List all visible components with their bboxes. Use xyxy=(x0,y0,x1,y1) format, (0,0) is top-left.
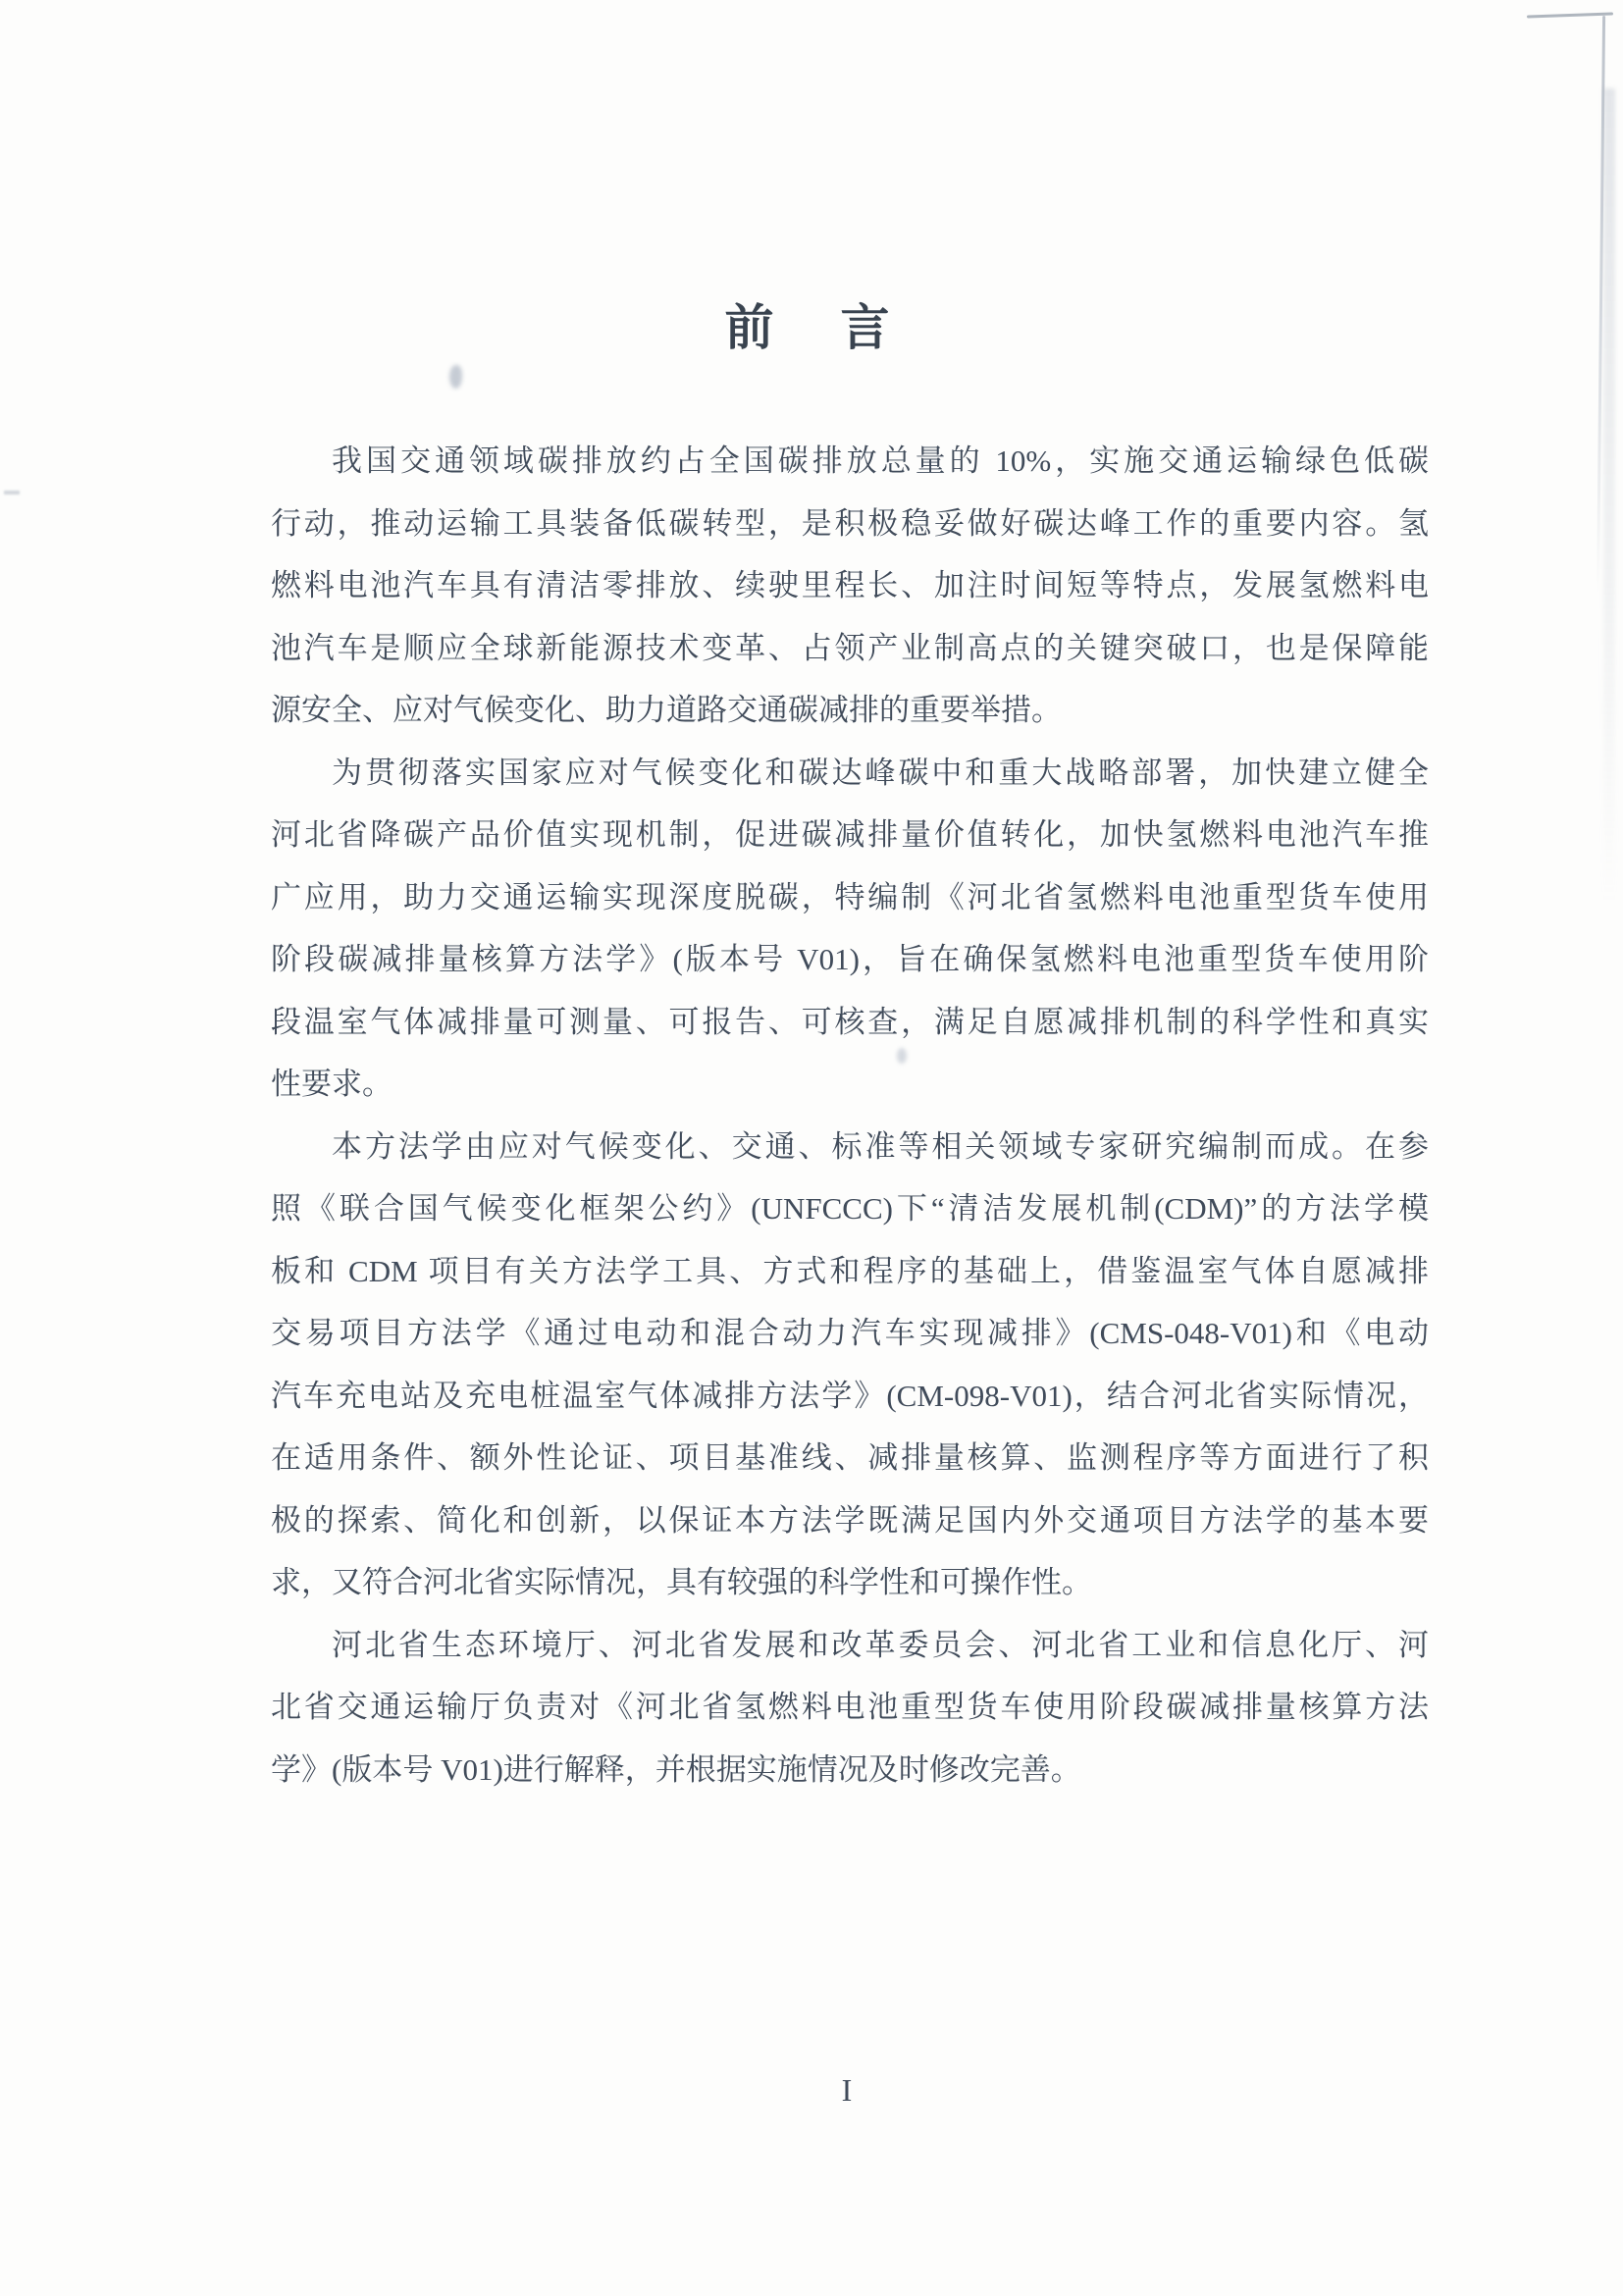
text-line: 学》(版本号 V01)进行解释，并根据实施情况及时修改完善。 xyxy=(271,1739,1429,1801)
text-line: 段温室气体减排量可测量、可报告、可核查，满足自愿减排机制的科学性和真实 xyxy=(271,991,1429,1054)
text-line: 北省交通运输厅负责对《河北省氢燃料电池重型货车使用阶段碳减排量核算方法 xyxy=(271,1676,1429,1739)
page-title: 前 言 xyxy=(0,300,1623,355)
text-line: 极的探索、简化和创新，以保证本方法学既满足国内外交通项目方法学的基本要 xyxy=(271,1489,1429,1552)
text-line: 燃料电池汽车具有清洁零排放、续驶里程长、加注时间短等特点，发展氢燃料电 xyxy=(271,554,1429,617)
text-line: 交易项目方法学《通过电动和混合动力汽车实现减排》(CMS-048-V01)和《电… xyxy=(271,1302,1429,1365)
scan-artifact-left-dash xyxy=(4,491,20,495)
text-line: 在适用条件、额外性论证、项目基准线、减排量核算、监测程序等方面进行了积 xyxy=(271,1427,1429,1489)
text-line: 照《联合国气候变化框架公约》(UNFCCC)下“清洁发展机制(CDM)”的方法学… xyxy=(271,1177,1429,1240)
text-line: 源安全、应对气候变化、助力道路交通碳减排的重要举措。 xyxy=(271,679,1429,742)
text-line: 为贯彻落实国家应对气候变化和碳达峰碳中和重大战略部署，加快建立健全 xyxy=(271,742,1429,805)
text-line: 汽车充电站及充电桩温室气体减排方法学》(CM-098-V01)，结合河北省实际情… xyxy=(271,1365,1429,1428)
document-page: 前 言 我国交通领域碳排放约占全国碳排放总量的 10%，实施交通运输绿色低碳行动… xyxy=(0,0,1623,2296)
paragraph: 河北省生态环境厅、河北省发展和改革委员会、河北省工业和信息化厅、河北省交通运输厅… xyxy=(271,1614,1429,1801)
text-line: 河北省降碳产品价值实现机制，促进碳减排量价值转化，加快氢燃料电池汽车推 xyxy=(271,804,1429,866)
text-line: 河北省生态环境厅、河北省发展和改革委员会、河北省工业和信息化厅、河 xyxy=(271,1614,1429,1677)
text-line: 板和 CDM 项目有关方法学工具、方式和程序的基础上，借鉴温室气体自愿减排 xyxy=(271,1240,1429,1303)
page-number: I xyxy=(0,2072,1623,2109)
text-line: 求，又符合河北省实际情况，具有较强的科学性和可操作性。 xyxy=(271,1551,1429,1614)
text-line: 阶段碳减排量核算方法学》(版本号 V01)，旨在确保氢燃料电池重型货车使用阶 xyxy=(271,928,1429,991)
text-line: 本方法学由应对气候变化、交通、标准等相关领域专家研究编制而成。在参 xyxy=(271,1116,1429,1178)
preface-body: 我国交通领域碳排放约占全国碳排放总量的 10%，实施交通运输绿色低碳行动，推动运… xyxy=(271,430,1429,1800)
text-line: 我国交通领域碳排放约占全国碳排放总量的 10%，实施交通运输绿色低碳 xyxy=(271,430,1429,493)
paragraph: 本方法学由应对气候变化、交通、标准等相关领域专家研究编制而成。在参照《联合国气候… xyxy=(271,1116,1429,1614)
paragraph: 为贯彻落实国家应对气候变化和碳达峰碳中和重大战略部署，加快建立健全河北省降碳产品… xyxy=(271,742,1429,1116)
text-line: 行动，推动运输工具装备低碳转型，是积极稳妥做好碳达峰工作的重要内容。氢 xyxy=(271,493,1429,555)
text-line: 性要求。 xyxy=(271,1053,1429,1116)
scan-artifact-right-smudge xyxy=(1603,88,1615,903)
paragraph: 我国交通领域碳排放约占全国碳排放总量的 10%，实施交通运输绿色低碳行动，推动运… xyxy=(271,430,1429,742)
text-line: 池汽车是顺应全球新能源技术变革、占领产业制高点的关键突破口，也是保障能 xyxy=(271,617,1429,680)
scan-artifact-speck xyxy=(449,365,462,389)
text-line: 广应用，助力交通运输实现深度脱碳，特编制《河北省氢燃料电池重型货车使用 xyxy=(271,866,1429,929)
scan-artifact-top-hook xyxy=(1527,12,1613,18)
